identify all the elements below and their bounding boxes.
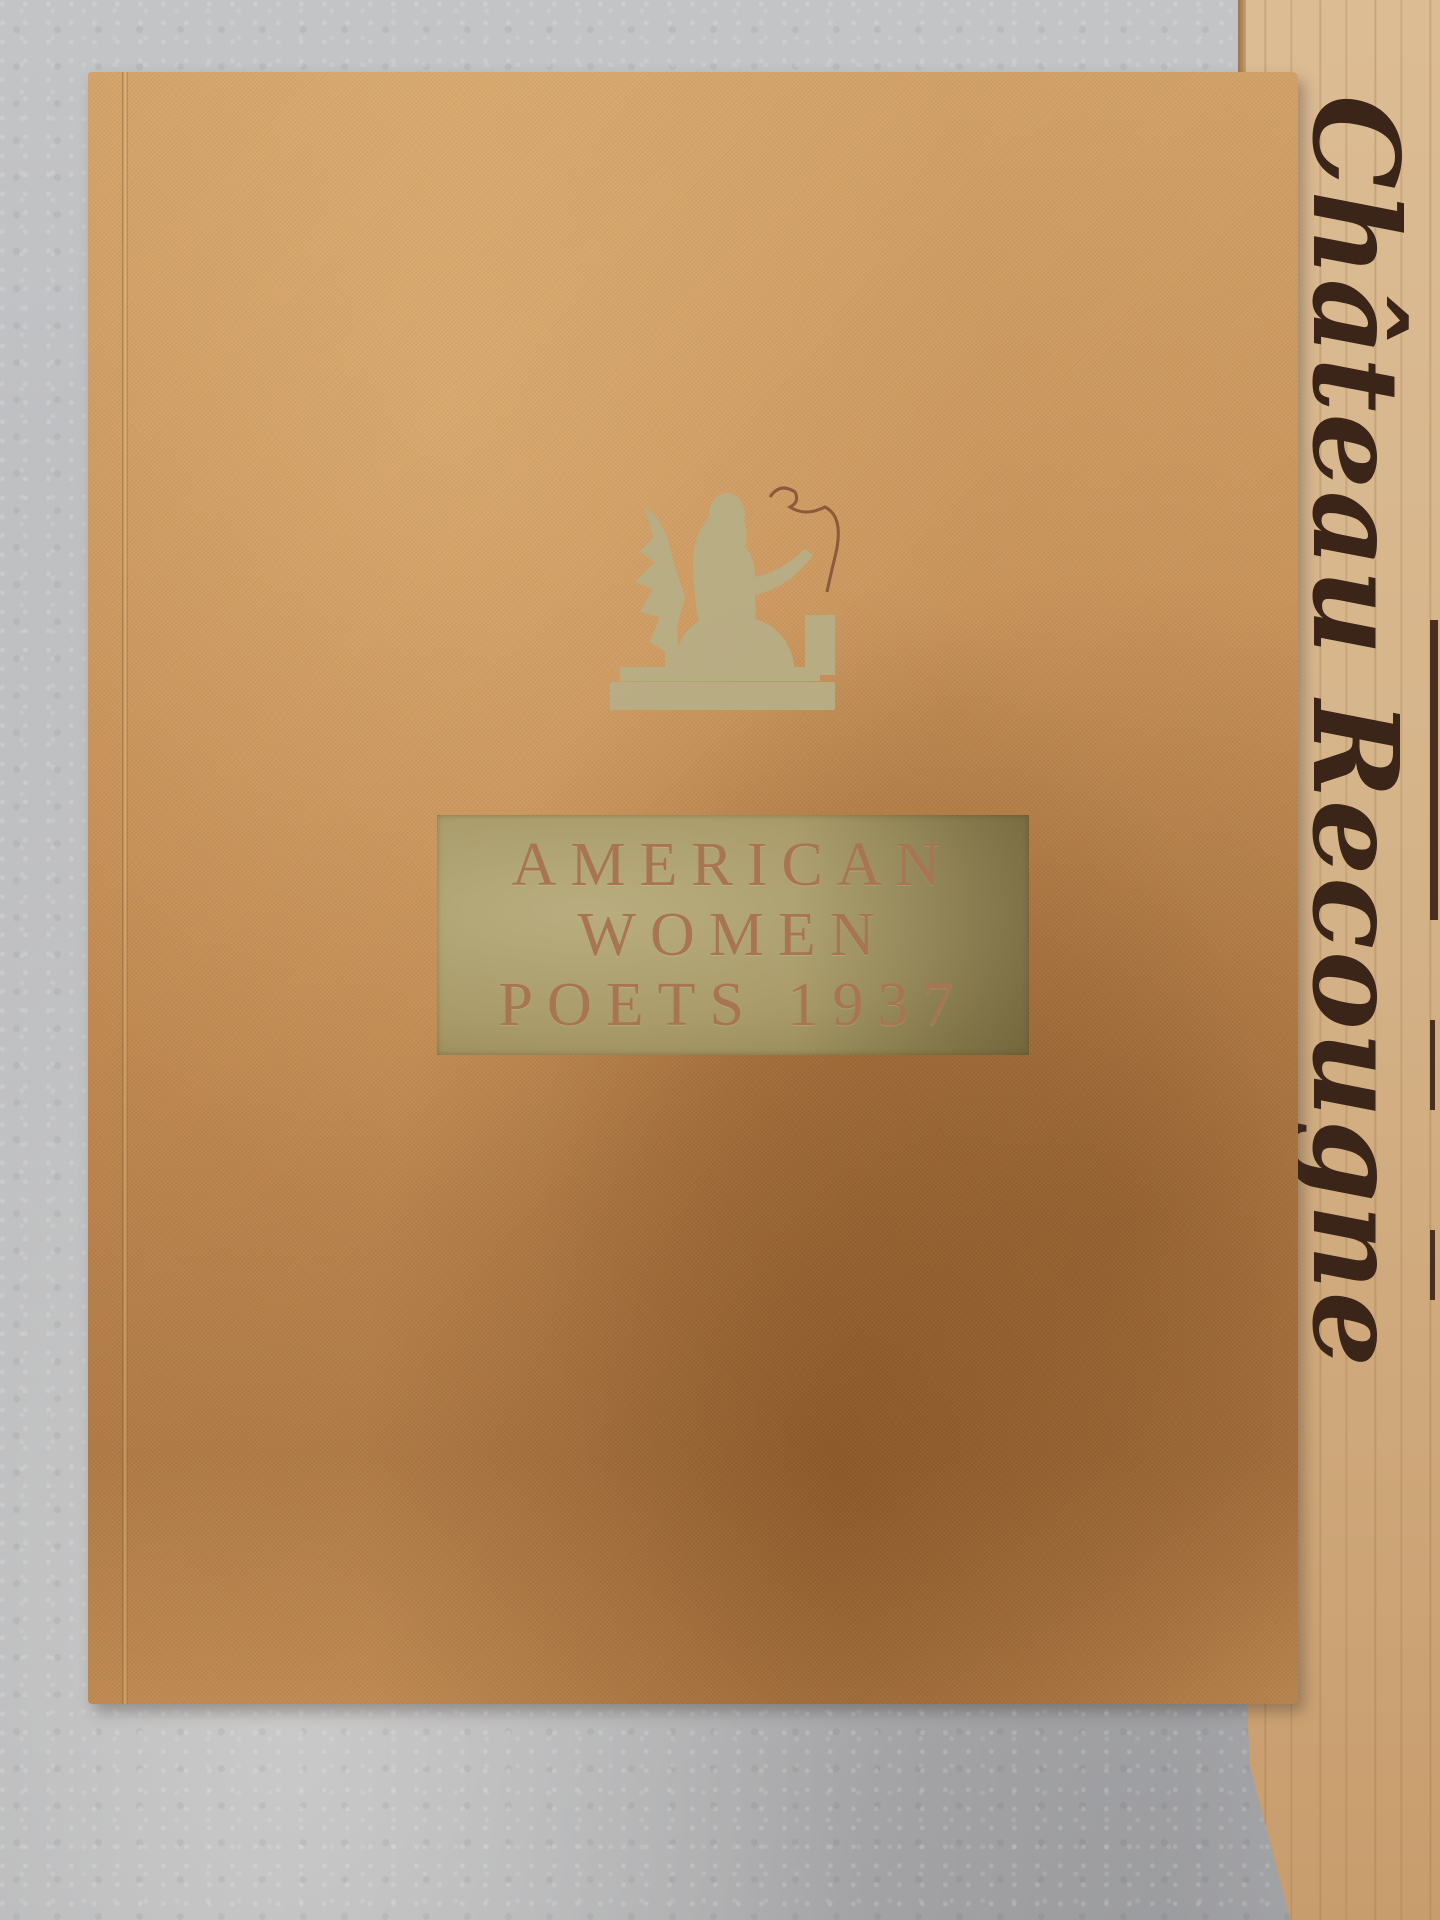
title-plate: AMERICAN WOMEN POETS 1937 [437,815,1029,1055]
crate-print-mark [1430,620,1438,920]
book-cover: AMERICAN WOMEN POETS 1937 [88,72,1298,1704]
spine-hinge [122,72,128,1704]
crate-print-mark [1430,1020,1435,1110]
seated-figure-emblem-icon [605,477,845,717]
crate-script-text: Château Recougne [1295,95,1415,1655]
title-line-1: AMERICAN [512,830,955,900]
crate-print-mark [1430,1230,1435,1300]
title-line-3: POETS 1937 [499,970,968,1040]
title-line-2: WOMEN [577,900,888,970]
